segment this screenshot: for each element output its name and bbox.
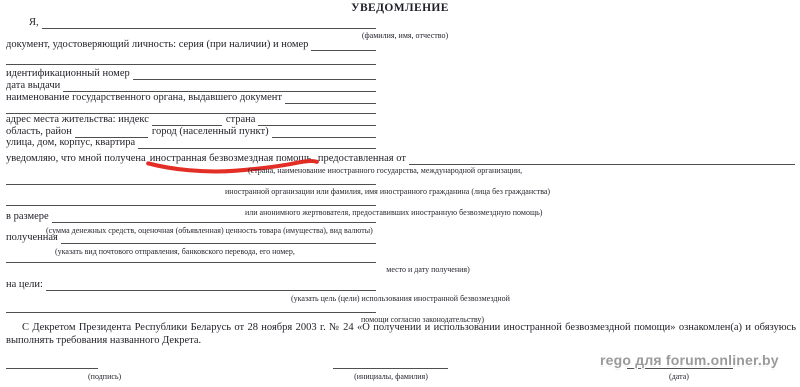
notify-highlighted-text: иностранная безвозмездная помощь,	[150, 153, 314, 165]
forum-watermark: rego для forum.onliner.by	[600, 352, 779, 368]
signature-line	[6, 368, 98, 369]
amount-row: в размере	[6, 211, 376, 223]
purpose-blank-line	[46, 278, 376, 291]
received-blank-line	[61, 231, 376, 244]
address-index-blank-line	[152, 113, 222, 126]
provider-blank-line	[409, 152, 795, 165]
document-title: УВЕДОМЛЕНИЕ	[0, 2, 800, 14]
received-caption-2: место и дату получения)	[386, 265, 470, 274]
identity-document-row: документ, удостоверяющий личность: серия…	[6, 39, 376, 51]
identity-document-label: документ, удостоверяющий личность: серия…	[6, 39, 308, 51]
fio-label: Я,	[29, 17, 39, 29]
notification-form-document: УВЕДОМЛЕНИЕ Я, (фамилия, имя, отчество) …	[0, 0, 800, 387]
source-blank-line-1	[6, 184, 376, 185]
identity-document-continuation-line	[6, 64, 376, 65]
street-blank-line	[138, 136, 376, 149]
street-row: улица, дом, корпус, квартира	[6, 137, 376, 149]
authority-row: наименование государственного органа, вы…	[6, 92, 376, 104]
source-caption-1: (страна, наименование иностранного госуд…	[248, 166, 522, 175]
country-label: страна	[226, 114, 256, 126]
purpose-label: на цели:	[6, 279, 43, 291]
received-row: полученная	[6, 232, 376, 244]
notify-row: уведомляю, что мной получена иностранная…	[6, 153, 795, 165]
authority-blank-line	[285, 91, 376, 104]
received-blank-line-2	[6, 262, 376, 263]
purpose-row: на цели:	[6, 279, 376, 291]
fio-blank-line	[42, 16, 376, 29]
foreign-aid-phrase: иностранная безвозмездная помощь,	[150, 153, 314, 164]
received-caption-1: (указать вид почтового отправления, банк…	[55, 247, 295, 256]
street-label: улица, дом, корпус, квартира	[6, 137, 135, 149]
issue-date-label: дата выдачи	[6, 80, 60, 92]
notify-suffix-text: предоставленная от	[318, 153, 406, 165]
initials-line	[333, 368, 448, 369]
identity-document-blank-line	[311, 38, 376, 51]
source-caption-2: иностранной организации или фамилия, имя…	[225, 187, 550, 196]
amount-blank-line	[52, 210, 376, 223]
received-label: полученная	[6, 232, 58, 244]
date-line	[627, 368, 733, 369]
authority-label: наименование государственного органа, вы…	[6, 92, 282, 104]
purpose-blank-line-2	[6, 312, 376, 313]
date-caption: (дата)	[669, 372, 689, 381]
signature-caption: (подпись)	[88, 372, 121, 381]
fio-row: Я,	[29, 17, 376, 29]
decree-paragraph: С Декретом Президента Республики Беларус…	[6, 322, 796, 347]
purpose-caption-1: (указать цель (цели) использования иност…	[291, 294, 510, 303]
amount-label: в размере	[6, 211, 49, 223]
notify-prefix-text: уведомляю, что мной получена	[6, 153, 146, 165]
source-blank-line-2	[6, 205, 376, 206]
initials-caption: (инициалы, фамилия)	[354, 372, 428, 381]
